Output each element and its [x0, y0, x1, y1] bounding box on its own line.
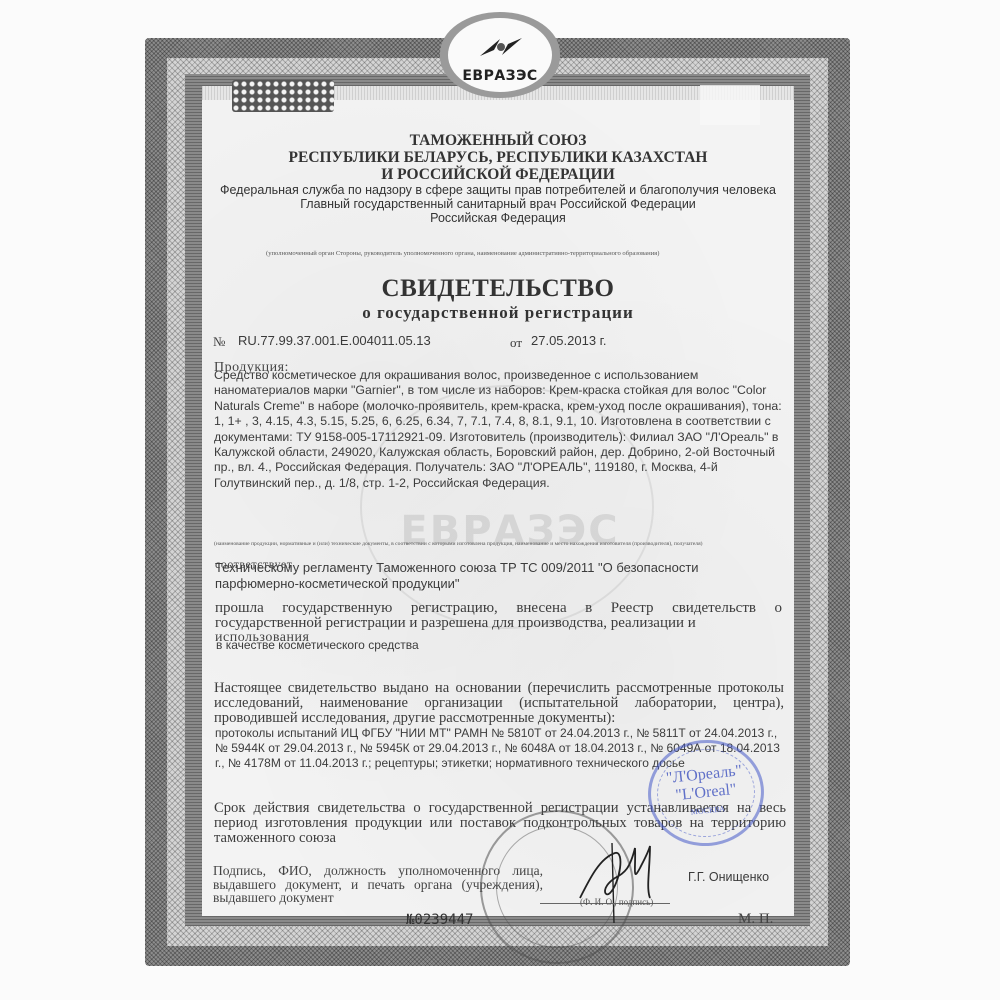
authority-caption: (уполномоченный орган Стороны, руководит… — [266, 250, 659, 257]
signature-mark — [570, 838, 660, 928]
security-ornament — [232, 80, 334, 112]
watermark-text: ЕВРАЗЭС — [400, 508, 620, 554]
signature-label: Подпись, ФИО, должность уполномоченного … — [213, 864, 543, 905]
certificate-subtitle: о государственной регистрации — [202, 303, 794, 323]
certificate-title: СВИДЕТЕЛЬСТВО — [202, 275, 794, 303]
eurasec-logo-icon — [478, 36, 524, 58]
company-stamp-line-2: "L'Oreal" — [675, 781, 738, 805]
form-serial-number: №0239447 — [406, 912, 473, 928]
authority-line-1: Федеральная служба по надзору в сфере за… — [202, 183, 794, 198]
union-title-line-1: ТАМОЖЕННЫЙ СОЮЗ — [202, 132, 794, 149]
product-description: Средство косметическое для окрашивания в… — [214, 368, 786, 491]
usage-text: в качестве косметического средства — [216, 638, 419, 653]
emblem-text: ЕВРАЗЭС — [462, 68, 537, 84]
number-label: № — [213, 334, 225, 350]
company-stamp-city: МОСКВА — [690, 800, 726, 821]
certificate-date: 27.05.2013 г. — [531, 333, 606, 348]
signatory-name: Г.Г. Онищенко — [688, 870, 769, 884]
product-caption: (наименование продукции, нормативные и (… — [214, 541, 703, 547]
union-title-line-3: И РОССИЙСКОЙ ФЕДЕРАЦИИ — [202, 166, 794, 183]
hologram-area — [700, 85, 760, 125]
authority-line-3: Российская Федерация — [202, 211, 794, 226]
registration-text: прошла государственную регистрацию, внес… — [215, 601, 782, 631]
seal-place: М. П. — [738, 911, 773, 928]
signatory-caption: (Ф. И. О., подпись) — [580, 897, 653, 907]
compliance-text: Техническому регламенту Таможенного союз… — [215, 560, 775, 592]
union-title-line-2: РЕСПУБЛИКИ БЕЛАРУСЬ, РЕСПУБЛИКИ КАЗАХСТА… — [202, 149, 794, 166]
basis-text: Настоящее свидетельство выдано на основа… — [214, 681, 784, 726]
authority-line-2: Главный государственный санитарный врач … — [202, 197, 794, 212]
date-label: от — [510, 335, 522, 351]
company-stamp-line-1: "Л'Ореаль" — [665, 762, 743, 788]
certificate-number: RU.77.99.37.001.Е.004011.05.13 — [238, 333, 431, 348]
